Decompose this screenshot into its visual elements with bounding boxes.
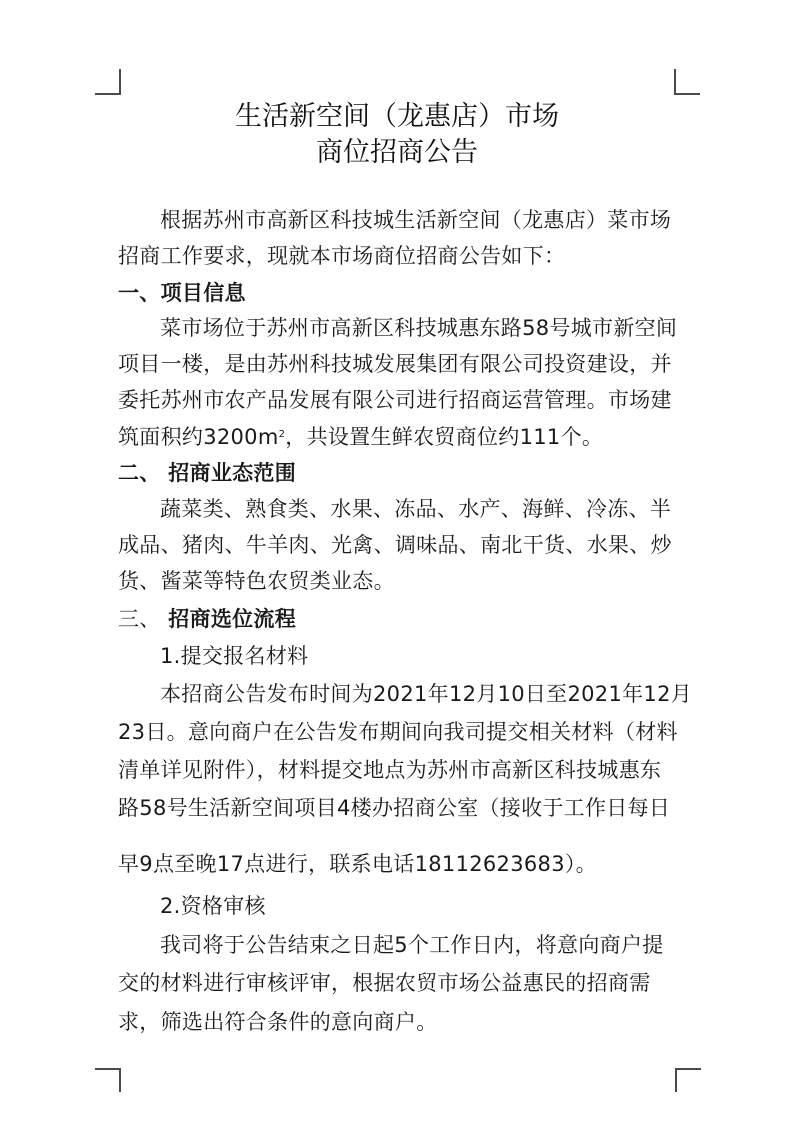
area-unit-superscript: 2 [279,429,286,440]
section3-heading-text: 招商选位流程 [161,607,296,631]
section2-line-1: 蔬菜类、熟食类、水果、冻品、水产、海鲜、冷冻、半 [160,494,720,524]
area-value: 筑面积约3200m [118,425,279,449]
crop-mark-bottom-right-v [675,1068,677,1092]
subsection2-line-2: 交的材料进行审核评审，根据农贸市场公益惠民的招商需 [118,968,678,998]
subsection1-line-2: 23日。意向商户在公告发布期间向我司提交相关材料（材料 [118,717,678,747]
stall-count-text: ，共设置生鲜农贸商位约111个。 [285,425,603,449]
crop-mark-top-left-v [119,69,121,95]
subsection2-line-1: 我司将于公告结束之日起5个工作日内，将意向商户提 [160,930,720,960]
subsection2-line-3: 求，筛选出符合条件的意向商户。 [118,1007,678,1037]
crop-mark-bottom-left-v [119,1068,121,1092]
crop-mark-bottom-right-h [675,1068,701,1070]
section2-line-3: 货、酱菜等特色农贸类业态。 [118,566,678,596]
crop-mark-bottom-left-h [95,1068,121,1070]
section3-heading: 三、 招商选位流程 [118,604,678,634]
intro-line-1: 根据苏州市高新区科技城生活新空间（龙惠店）菜市场 [160,205,720,235]
section1-line-2: 项目一楼，是由苏州科技城发展集团有限公司投资建设，并 [118,349,678,379]
section2-line-2: 成品、猪肉、牛羊肉、光禽、调味品、南北干货、水果、炒 [118,530,678,560]
section1-line-3: 委托苏州市农产品发展有限公司进行招商运营管理。市场建 [118,385,678,415]
crop-mark-top-left-h [95,93,121,95]
subsection1-heading: 1.提交报名材料 [160,641,720,671]
subsection1-line-4: 路58号生活新空间项目4楼办招商公室（接收于工作日每日 [118,793,678,823]
subsection2-heading: 2.资格审核 [160,891,720,921]
document-title-line1: 生活新空间（龙惠店）市场 [0,99,794,135]
section3-heading-num: 三、 [118,607,161,631]
section2-heading-text: 招商业态范围 [161,461,296,485]
section1-heading: 一、项目信息 [118,278,678,308]
subsection1-line-1: 本招商公告发布时间为2021年12月10日至2021年12月 [160,679,720,709]
crop-mark-top-right-h [674,93,700,95]
section2-heading-num: 二、 [118,461,161,485]
subsection1-line-3: 清单详见附件），材料提交地点为苏州市高新区科技城惠东 [118,755,678,785]
section1-line-4: 筑面积约3200m2，共设置生鲜农贸商位约111个。 [118,422,678,452]
document-title-line2: 商位招商公告 [0,135,794,171]
section2-heading: 二、 招商业态范围 [118,458,678,488]
subsection1-line-5: 早9点至晚17点进行，联系电话18112623683）。 [118,849,678,879]
intro-line-2: 招商工作要求，现就本市场商位招商公告如下： [118,241,678,271]
section1-line-1: 菜市场位于苏州市高新区科技城惠东路58号城市新空间 [160,313,720,343]
crop-mark-top-right-v [674,69,676,95]
